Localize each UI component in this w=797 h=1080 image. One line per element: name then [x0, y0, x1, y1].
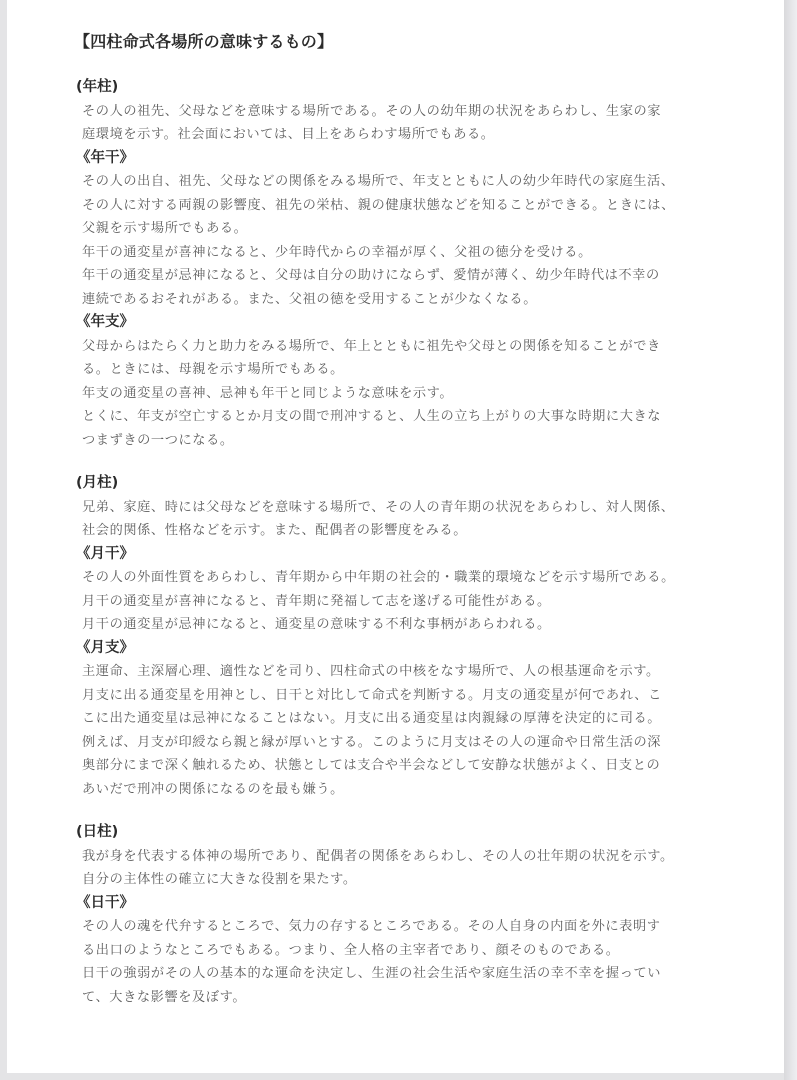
- section-nenkan: 《年干》 その人の出自、祖先、父母などの関係をみる場所で、年支とともに人の幼少年…: [74, 147, 754, 312]
- text-line: その人の魂を代弁するところで、気力の存するところである。その人自身の内面を外に表…: [82, 915, 754, 939]
- section-heading: 《月支》: [76, 637, 754, 661]
- document-title: 【四柱命式各場所の意味するもの】: [74, 30, 754, 54]
- text-line: こに出た通変星は忌神になることはない。月支に出る通変星は肉親縁の厚薄を決定的に司…: [82, 707, 754, 731]
- section-heading: (月柱): [76, 472, 754, 496]
- text-line: とくに、年支が空亡するとか月支の間で刑冲すると、人生の立ち上がりの大事な時期に大…: [82, 405, 754, 429]
- text-line: 月干の通変星が喜神になると、青年期に発福して志を遂げる可能性がある。: [82, 590, 754, 614]
- section-body: その人の外面性質をあらわし、青年期から中年期の社会的・職業的環境などを示す場所で…: [82, 566, 754, 637]
- text-line: 兄弟、家庭、時には父母などを意味する場所で、その人の青年期の状況をあらわし、対人…: [82, 496, 754, 520]
- text-line: 月支に出る通変星を用神とし、日干と対比して命式を判断する。月支の通変星が何であれ…: [82, 684, 754, 708]
- section-heading: 《月干》: [76, 543, 754, 567]
- text-line: あいだで刑冲の関係になるのを最も嫌う。: [82, 778, 754, 802]
- text-line: 日干の強弱がその人の基本的な運命を決定し、生涯の社会生活や家庭生活の幸不幸を握っ…: [82, 962, 754, 986]
- text-line: 月干の通変星が忌神になると、通変星の意味する不利な事柄があらわれる。: [82, 613, 754, 637]
- document-content: 【四柱命式各場所の意味するもの】 (年柱) その人の祖先、父母などを意味する場所…: [74, 30, 754, 1009]
- text-line: その人の出自、祖先、父母などの関係をみる場所で、年支とともに人の幼少年時代の家庭…: [82, 170, 754, 194]
- text-line: 父親を示す場所でもある。: [82, 217, 754, 241]
- text-line: 父母からはたらく力と助力をみる場所で、年上とともに祖先や父母との関係を知ることが…: [82, 335, 754, 359]
- section-nitchu: (日柱) 我が身を代表する体神の場所であり、配偶者の関係をあらわし、その人の壮年…: [74, 821, 754, 892]
- text-line: 自分の主体性の確立に大きな役割を果たす。: [82, 868, 754, 892]
- text-line: 社会的関係、性格などを示す。また、配偶者の影響度をみる。: [82, 519, 754, 543]
- text-line: 年干の通変星が忌神になると、父母は自分の助けにならず、愛情が薄く、幼少年時代は不…: [82, 264, 754, 288]
- section-body: 兄弟、家庭、時には父母などを意味する場所で、その人の青年期の状況をあらわし、対人…: [82, 496, 754, 543]
- section-body: その人の祖先、父母などを意味する場所である。その人の幼年期の状況をあらわし、生家…: [82, 100, 754, 147]
- text-line: る。ときには、母親を示す場所でもある。: [82, 358, 754, 382]
- section-gekkan: 《月干》 その人の外面性質をあらわし、青年期から中年期の社会的・職業的環境などを…: [74, 543, 754, 637]
- text-line: その人の外面性質をあらわし、青年期から中年期の社会的・職業的環境などを示す場所で…: [82, 566, 754, 590]
- text-line: て、大きな影響を及ぼす。: [82, 986, 754, 1010]
- text-line: つまずきの一つになる。: [82, 429, 754, 453]
- section-gesshi: 《月支》 主運命、主深層心理、適性などを司り、四柱命式の中核をなす場所で、人の根…: [74, 637, 754, 802]
- section-nenshi: 《年支》 父母からはたらく力と助力をみる場所で、年上とともに祖先や父母との関係を…: [74, 311, 754, 452]
- section-heading: 《年干》: [76, 147, 754, 171]
- text-line: その人の祖先、父母などを意味する場所である。その人の幼年期の状況をあらわし、生家…: [82, 100, 754, 124]
- text-line: 年支の通変星の喜神、忌神も年干と同じような意味を示す。: [82, 382, 754, 406]
- section-nikkan: 《日干》 その人の魂を代弁するところで、気力の存するところである。その人自身の内…: [74, 892, 754, 1010]
- section-heading: (日柱): [76, 821, 754, 845]
- text-line: 庭環境を示す。社会面においては、目上をあらわす場所でもある。: [82, 123, 754, 147]
- section-heading: (年柱): [76, 76, 754, 100]
- section-getchu: (月柱) 兄弟、家庭、時には父母などを意味する場所で、その人の青年期の状況をあら…: [74, 472, 754, 543]
- section-body: 我が身を代表する体神の場所であり、配偶者の関係をあらわし、その人の壮年期の状況を…: [82, 845, 754, 892]
- section-body: 主運命、主深層心理、適性などを司り、四柱命式の中核をなす場所で、人の根基運命を示…: [82, 660, 754, 801]
- text-line: 奥部分にまで深く触れるため、状態としては支合や半会などして安静な状態がよく、日支…: [82, 754, 754, 778]
- section-body: 父母からはたらく力と助力をみる場所で、年上とともに祖先や父母との関係を知ることが…: [82, 335, 754, 453]
- section-heading: 《日干》: [76, 892, 754, 916]
- section-nenchu: (年柱) その人の祖先、父母などを意味する場所である。その人の幼年期の状況をあら…: [74, 76, 754, 147]
- section-body: その人の魂を代弁するところで、気力の存するところである。その人自身の内面を外に表…: [82, 915, 754, 1009]
- page-edge-shadow: [784, 0, 797, 1080]
- text-line: 連続であるおそれがある。また、父祖の徳を受用することが少なくなる。: [82, 288, 754, 312]
- text-line: 年干の通変星が喜神になると、少年時代からの幸福が厚く、父祖の徳分を受ける。: [82, 241, 754, 265]
- section-heading: 《年支》: [76, 311, 754, 335]
- text-line: 主運命、主深層心理、適性などを司り、四柱命式の中核をなす場所で、人の根基運命を示…: [82, 660, 754, 684]
- text-line: 例えば、月支が印綬なら親と縁が厚いとする。このように月支はその人の運命や日常生活…: [82, 731, 754, 755]
- text-line: 我が身を代表する体神の場所であり、配偶者の関係をあらわし、その人の壮年期の状況を…: [82, 845, 754, 869]
- section-body: その人の出自、祖先、父母などの関係をみる場所で、年支とともに人の幼少年時代の家庭…: [82, 170, 754, 311]
- text-line: る出口のようなところでもある。つまり、全人格の主宰者であり、顔そのものである。: [82, 939, 754, 963]
- text-line: その人に対する両親の影響度、祖先の栄枯、親の健康状態などを知ることができる。とき…: [82, 194, 754, 218]
